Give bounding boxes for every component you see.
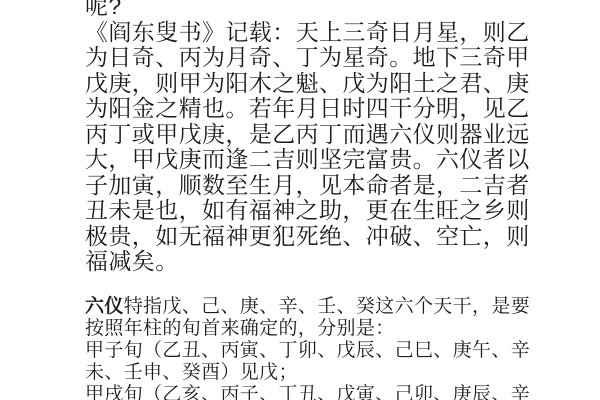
text-line: 甲子旬（乙丑、丙寅、丁卯、戊辰、己巳、庚午、辛 [85,340,535,362]
text-line: 甲戌旬（乙亥、丙子、丁丑、戊寅、己卯、庚辰、辛 [85,384,535,400]
text-line: 为日奇、丙为月奇、丁为星奇。地下三奇甲 [85,45,535,71]
paragraph-sanqi: 呢? 《阎东叟书》记载：天上三奇日月星，则乙 为日奇、丙为月奇、丁为星奇。地下三… [85,0,535,275]
text-line: 子加寅，顺数至生月，见本命者是，二吉者 [85,173,535,199]
text-line: 《阎东叟书》记载：天上三奇日月星，则乙 [85,20,535,46]
text-line: 丑未是也，如有福神之助，更在生旺之乡则 [85,198,535,224]
liuyi-lead-rest: 特指戊、己、庚、辛、壬、癸这六个天干，是要 [124,296,530,317]
text-line: 呢? [85,0,535,20]
text-line: 丙丁或甲戊庚，是乙丙丁而遇六仪则器业远 [85,122,535,148]
liuyi-term: 六仪 [85,296,124,317]
text-line: 福减矣。 [85,249,535,275]
text-line: 大，甲戊庚而逢二吉则坚完富贵。六仪者以 [85,147,535,173]
text-line: 戊庚，则甲为阳木之魁、戊为阳土之君、庚 [85,71,535,97]
paragraph-liuyi: 六仪特指戊、己、庚、辛、壬、癸这六个天干，是要 按照年柱的旬首来确定的，分别是：… [85,296,535,400]
text-line: 六仪特指戊、己、庚、辛、壬、癸这六个天干，是要 [85,296,535,318]
text-line: 未、壬申、癸酉）见戊； [85,362,535,384]
article-body: 呢? 《阎东叟书》记载：天上三奇日月星，则乙 为日奇、丙为月奇、丁为星奇。地下三… [85,0,535,400]
text-line: 按照年柱的旬首来确定的，分别是： [85,318,535,340]
text-line: 极贵，如无福神更犯死绝、冲破、空亡，则 [85,224,535,250]
text-line: 为阳金之精也。若年月日时四干分明，见乙 [85,96,535,122]
